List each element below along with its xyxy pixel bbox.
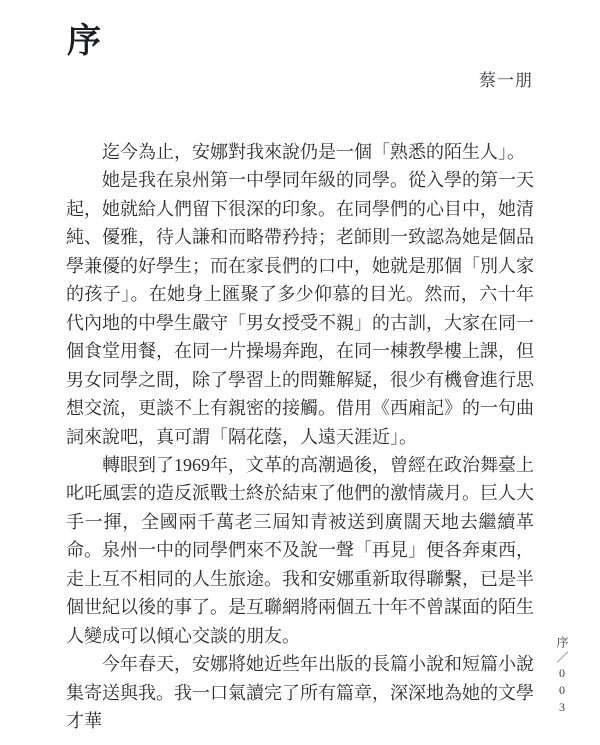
paragraph: 今年春天，安娜將她近些年出版的長篇小說和短篇小說集寄送與我。我一口氣讀完了所有篇…: [66, 650, 534, 735]
paragraph: 迄今為止，安娜對我來說仍是一個「熟悉的陌生人」。: [66, 138, 534, 166]
page-marker: 序／003: [555, 636, 569, 717]
paragraph: 轉眼到了1969年，文革的高潮過後，曾經在政治舞臺上叱吒風雲的造反派戰士終於結束…: [66, 451, 534, 650]
body-text: 迄今為止，安娜對我來說仍是一個「熟悉的陌生人」。她是我在泉州第一中學同年級的同學…: [66, 138, 534, 736]
paragraph: 她是我在泉州第一中學同年級的同學。從入學的第一天起，她就給人們留下很深的印象。在…: [66, 166, 534, 451]
book-page: 序 蔡一朋 迄今為止，安娜對我來說仍是一個「熟悉的陌生人」。她是我在泉州第一中學…: [0, 0, 600, 745]
author-name: 蔡一朋: [66, 69, 533, 93]
chapter-title: 序: [67, 22, 103, 62]
